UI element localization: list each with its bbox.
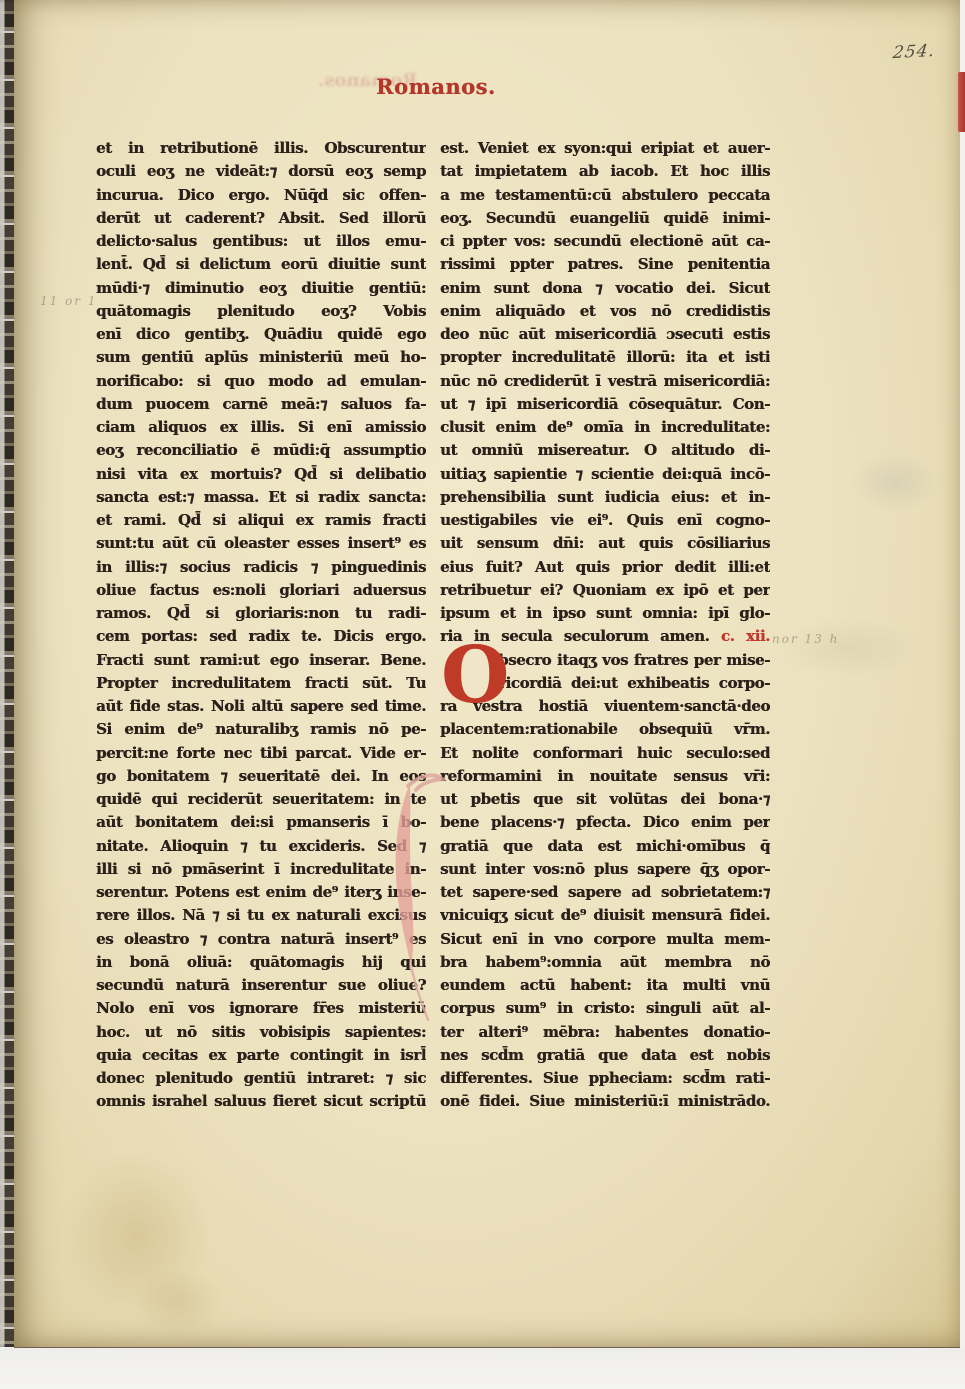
text-line: enim aliquādo et vos nō credidistis: [440, 300, 770, 323]
text-line: Sicut enī in vno corpore multa mem-: [440, 928, 770, 951]
text-line: es oleastro ⁊ contra naturā insert⁹ es: [96, 928, 426, 951]
text-line: ter alteri⁹ mēbra: habentes donatio-: [440, 1021, 770, 1044]
text-line: nitate. Alioquin ⁊ tu excideris. Sed ⁊: [96, 835, 426, 858]
text-line: illi si nō pmāserint ī incredulitate in-: [96, 858, 426, 881]
text-line: propter incredulitatē illorū: ita et ist…: [440, 346, 770, 369]
text-line: lent̄. Qd̄ si delictum eorū diuitie sunt: [96, 253, 426, 276]
text-line: quia cecitas ex parte contingit in isrl̄: [96, 1044, 426, 1067]
margin-note-right: nor 13 h: [772, 632, 839, 646]
text-line: derūt ut caderent? Absit. Sed illorū: [96, 207, 426, 230]
text-line: gratiā que data est michi·omībus q̄: [440, 835, 770, 858]
parchment-stain: [62, 1150, 212, 1320]
text-line: tet sapere·sed sapere ad sobrietatem:⁊: [440, 881, 770, 904]
text-line: serentur. Potens est enim de⁹ iterʒ inse…: [96, 881, 426, 904]
text-line: aūt bonitatem dei:si pmanseris ī bo-: [96, 811, 426, 834]
chapter-mark: c. xii.: [709, 627, 770, 645]
text-line: rere illos. Nā ⁊ si tu ex naturali excis…: [96, 904, 426, 927]
text-line: eoʒ reconciliatio ē mūdi:q̄ assumptio: [96, 439, 426, 462]
parchment-stain: [134, 1268, 224, 1338]
text-line: corpus sum⁹ in cristo: singuli aūt al-: [440, 997, 770, 1020]
text-line: vnicuiqʒ sicut de⁹ diuisit mensurā fidei…: [440, 904, 770, 927]
text-line: clusit enim de⁹ omīa in incredulitate:: [440, 416, 770, 439]
text-line: eoʒ. Secundū euangeliū quidē inimi-: [440, 207, 770, 230]
manuscript-scan: { "page": { "header": { "title": "Romano…: [0, 0, 965, 1389]
text-line: prehensibilia sunt iudicia eius: et in-: [440, 486, 770, 509]
text-line: enī dico gentibʒ. Quādiu quidē ego: [96, 323, 426, 346]
text-line: differentes. Siue ppheciam: scd̄m rati-: [440, 1067, 770, 1090]
text-line: rissimi ppter patres. Sine penitentia: [440, 253, 770, 276]
text-line: onē fidei. Siue ministeriū:ī ministrādo.: [440, 1090, 770, 1113]
text-line: in illis:⁊ socius radicis ⁊ pinguedinis: [96, 556, 426, 579]
text-line: ipsum et in ipso sunt omnia: ipī glo-: [440, 602, 770, 625]
text-line: percit:ne forte nec tibi parcat. Vide er…: [96, 742, 426, 765]
text-line: tat impietatem ab iacob. Et hoc illis: [440, 160, 770, 183]
text-line: incurua. Dico ergo. Nūq̄d sic offen-: [96, 184, 426, 207]
text-line: bra habem⁹:omnia aūt membra nō: [440, 951, 770, 974]
text-line: sum gentiū aplūs ministeriū meū ho-: [96, 346, 426, 369]
text-line: sunt inter vos:nō plus sapere q̄ʒ opor-: [440, 858, 770, 881]
text-line: omnis israhel saluus fieret sicut script…: [96, 1090, 426, 1113]
text-line: go bonitatem ⁊ seueritatē dei. In eos: [96, 765, 426, 788]
text-line: reformamini in nouitate sensus vr̄i:: [440, 765, 770, 788]
text-line: mūdi·⁊ diminutio eoʒ diuitie gentiū:: [96, 277, 426, 300]
text-line: donec plenitudo gentiū intraret: ⁊ sic: [96, 1067, 426, 1090]
background-surface: [0, 1348, 965, 1389]
text-line: retribuetur ei? Quoniam ex ipō et per: [440, 579, 770, 602]
text-line: Propter incredulitatem fracti sūt. Tu: [96, 672, 426, 695]
text-line: et in retributionē illis. Obscurentur: [96, 137, 426, 160]
parchment-smudge: [850, 452, 940, 512]
text-line: ci ppter vos: secundū electionē aūt ca-: [440, 230, 770, 253]
text-line: est. Veniet ex syon:qui eripiat et auer-: [440, 137, 770, 160]
text-line: deo nūc aūt misericordiā ɔsecuti estis: [440, 323, 770, 346]
text-line: Fracti sunt rami:ut ego inserar. Bene.: [96, 649, 426, 672]
folio-number: 254.: [892, 41, 937, 63]
text-line: Et nolite conformari huic seculo:sed: [440, 742, 770, 765]
red-book-edge: [958, 72, 965, 132]
text-line: sunt:tu aūt cū oleaster esses insert⁹ es: [96, 532, 426, 555]
text-line: aūt fide stas. Noli altū sapere sed time…: [96, 695, 426, 718]
illuminated-initial-O: O: [441, 646, 497, 710]
text-line: ut omniū misereatur. O altitudo di-: [440, 439, 770, 462]
text-line: eius fuit? Aut quis prior dedit illi:et: [440, 556, 770, 579]
text-line: bene placens·⁊ pfecta. Dico enim per: [440, 811, 770, 834]
text-line: a me testamentū:cū abstulero peccata: [440, 184, 770, 207]
parchment-smudge: [774, 618, 924, 678]
text-line: hoc. ut nō sitis vobisipis sapientes:: [96, 1021, 426, 1044]
text-line: oculi eoʒ ne videāt:⁊ dorsū eoʒ semp: [96, 160, 426, 183]
text-line: nes scd̄m gratiā que data est nobis: [440, 1044, 770, 1067]
text-line: ciam aliquos ex illis. Si enī amissio: [96, 416, 426, 439]
text-line: secundū naturā inserentur sue oliue?: [96, 974, 426, 997]
text-line: nisi vita ex mortuis? Qd̄ si delibatio: [96, 463, 426, 486]
text-line: ramos. Qd̄ si gloriaris:non tu radi-: [96, 602, 426, 625]
text-line: nūc nō crediderūt ī vestrā misericordiā:: [440, 370, 770, 393]
text-column-left: et in retributionē illis. Obscurenturocu…: [96, 137, 426, 1114]
text-line: placentem:rationabile obsequiū vr̄m.: [440, 718, 770, 741]
margin-note-left: 11 or 1: [40, 294, 98, 308]
text-line: enim sunt dona ⁊ vocatio dei. Sicut: [440, 277, 770, 300]
text-line: cem portas: sed radix te. Dicis ergo.: [96, 625, 426, 648]
text-line: sancta est:⁊ massa. Et si radix sancta:: [96, 486, 426, 509]
text-line: oliue factus es:noli gloriari aduersus: [96, 579, 426, 602]
text-line: quidē qui reciderūt seueritatem: in te: [96, 788, 426, 811]
text-line: uestigabiles vie ei⁹. Quis enī cogno-: [440, 509, 770, 532]
running-title: Romanos.: [376, 74, 596, 99]
text-line: uit sensum dn̄i: aut quis cōsiliarius: [440, 532, 770, 555]
text-column-right: est. Veniet ex syon:qui eripiat et auer-…: [440, 137, 770, 1114]
text-line: Si enim de⁹ naturalibʒ ramis nō pe-: [96, 718, 426, 741]
text-line: quātomagis plenitudo eoʒ? Vobis: [96, 300, 426, 323]
text-line: in bonā oliuā: quātomagis hij qui: [96, 951, 426, 974]
text-line: uitiaʒ sapientie ⁊ scientie dei:quā incō…: [440, 463, 770, 486]
text-line: et rami. Qd̄ si aliqui ex ramis fracti: [96, 509, 426, 532]
text-line: eundem actū habent: ita multi vnū: [440, 974, 770, 997]
text-line: ut pbetis que sit volūtas dei bona·⁊: [440, 788, 770, 811]
text-line: dum puocem carnē meā:⁊ saluos fa-: [96, 393, 426, 416]
text-line: delicto·salus gentibus: ut illos emu-: [96, 230, 426, 253]
text-line: norificabo: si quo modo ad emulan-: [96, 370, 426, 393]
text-line: ut ⁊ ipī misericordiā cōsequātur. Con-: [440, 393, 770, 416]
text-line: Nolo enī vos ignorare fr̄es misteriū: [96, 997, 426, 1020]
